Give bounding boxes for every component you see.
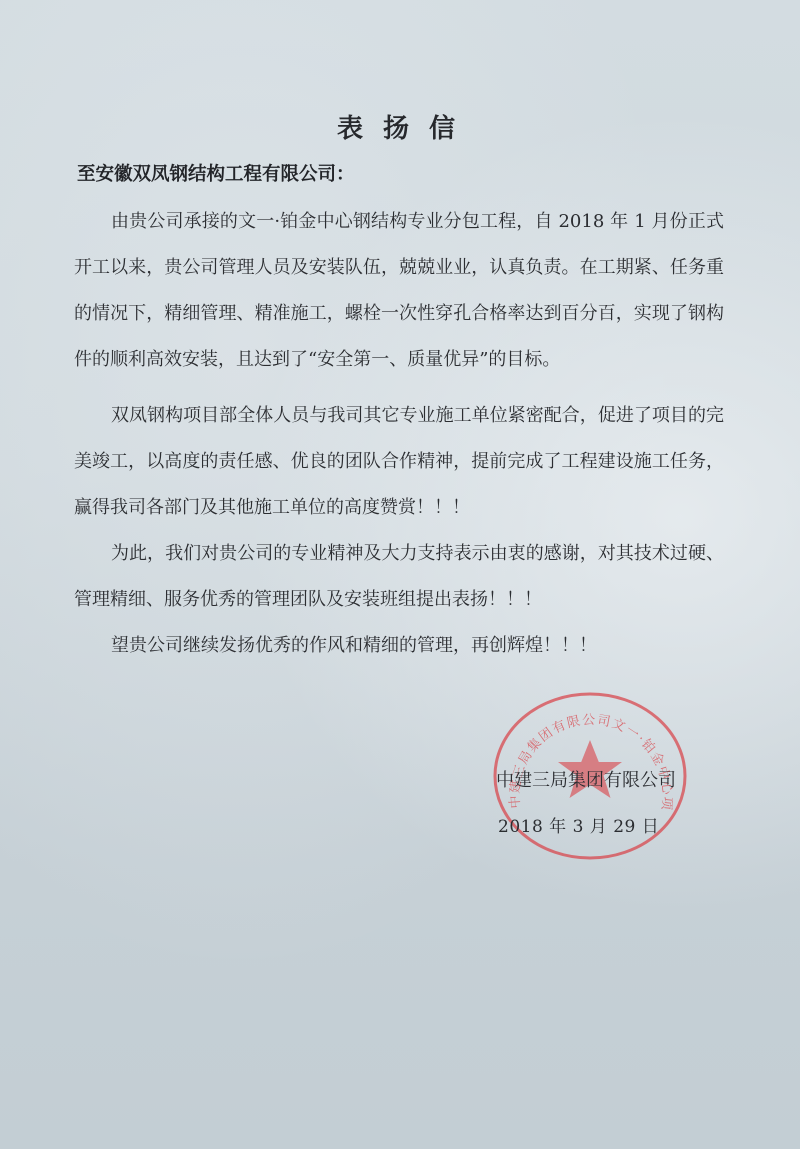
seal-ring-text: 中建三局集团有限公司文一·铂金中心项目施工总承包项目部 [490,690,674,812]
signature-company: 中建三局集团有限公司 [496,766,676,792]
paragraph-1: 由贵公司承接的文一·铂金中心钢结构专业分包工程，自 2018 年 1 月份正式开… [74,199,724,383]
signature-date: 2018 年 3 月 29 日 [498,812,659,837]
letter-title: 表扬信 [0,108,800,145]
paragraph-4: 望贵公司继续发扬优秀的作风和精细的管理，再创辉煌！！！ [74,623,724,669]
salutation: 至安徽双凤钢结构工程有限公司： [77,160,355,186]
commendation-letter: 表扬信 至安徽双凤钢结构工程有限公司： 由贵公司承接的文一·铂金中心钢结构专业分… [0,0,800,1149]
paragraph-2: 双凤钢构项目部全体人员与我司其它专业施工单位紧密配合，促进了项目的完美竣工，以高… [74,393,724,531]
paragraph-3: 为此，我们对贵公司的专业精神及大力支持表示由衷的感谢，对其技术过硬、管理精细、服… [74,531,724,623]
svg-text:中建三局集团有限公司文一·铂金中心项目施工总承包项目部: 中建三局集团有限公司文一·铂金中心项目施工总承包项目部 [490,690,674,812]
